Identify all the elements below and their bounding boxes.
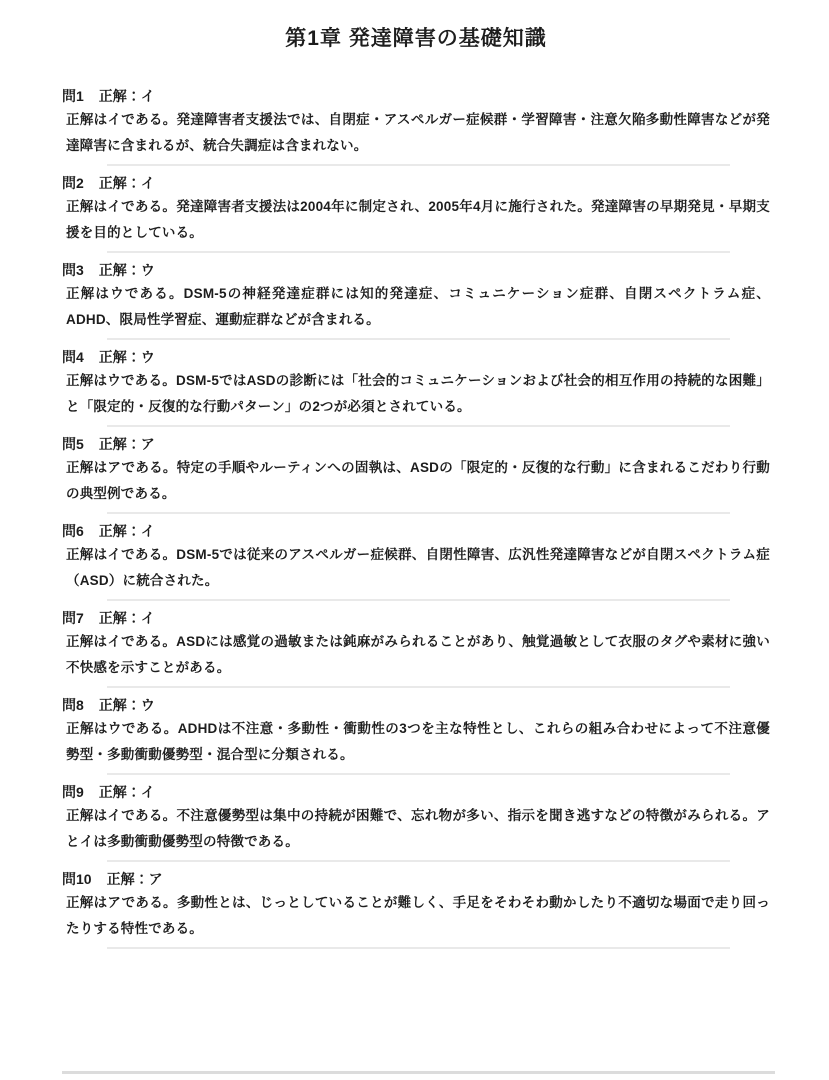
question-explanation: 正解はイである。発達障害者支援法は2004年に制定され、2005年4月に施行され… bbox=[66, 194, 770, 246]
question-answer: 正解：イ bbox=[99, 523, 155, 539]
question-explanation: 正解はイである。ASDには感覚の過敏または鈍麻がみられることがあり、触覚過敏とし… bbox=[66, 629, 770, 681]
question-explanation: 正解はウである。ADHDは不注意・多動性・衝動性の3つを主な特性とし、これらの組… bbox=[66, 716, 770, 768]
question-explanation: 正解はアである。多動性とは、じっとしていることが難しく、手足をそわそわ動かしたり… bbox=[66, 890, 770, 942]
question-answer: 正解：イ bbox=[99, 175, 155, 191]
question-number: 問2 bbox=[62, 175, 84, 191]
separator bbox=[107, 251, 730, 253]
question-block-9: 問9正解：イ 正解はイである。不注意優勢型は集中の持続が困難で、忘れ物が多い、指… bbox=[62, 784, 770, 862]
question-header: 問8正解：ウ bbox=[62, 697, 770, 713]
question-answer: 正解：イ bbox=[99, 610, 155, 626]
question-explanation: 正解はウである。DSM-5ではASDの診断には「社会的コミュニケーションおよび社… bbox=[66, 368, 770, 420]
question-number: 問7 bbox=[62, 610, 84, 626]
question-number: 問5 bbox=[62, 436, 84, 452]
question-answer: 正解：イ bbox=[99, 784, 155, 800]
separator bbox=[107, 599, 730, 601]
separator bbox=[107, 512, 730, 514]
question-header: 問5正解：ア bbox=[62, 436, 770, 452]
question-answer: 正解：ア bbox=[107, 871, 163, 887]
separator bbox=[107, 860, 730, 862]
question-header: 問3正解：ウ bbox=[62, 262, 770, 278]
separator bbox=[107, 164, 730, 166]
question-header: 問4正解：ウ bbox=[62, 349, 770, 365]
question-number: 問1 bbox=[62, 88, 84, 104]
question-block-6: 問6正解：イ 正解はイである。DSM-5では従来のアスペルガー症候群、自閉性障害… bbox=[62, 523, 770, 601]
question-header: 問2正解：イ bbox=[62, 175, 770, 191]
question-number: 問6 bbox=[62, 523, 84, 539]
question-header: 問7正解：イ bbox=[62, 610, 770, 626]
question-header: 問9正解：イ bbox=[62, 784, 770, 800]
separator bbox=[107, 947, 730, 949]
page-title: 第1章 発達障害の基礎知識 bbox=[62, 24, 770, 54]
question-block-4: 問4正解：ウ 正解はウである。DSM-5ではASDの診断には「社会的コミュニケー… bbox=[62, 349, 770, 427]
question-header: 問1正解：イ bbox=[62, 88, 770, 104]
question-answer: 正解：イ bbox=[99, 88, 155, 104]
question-number: 問9 bbox=[62, 784, 84, 800]
question-number: 問4 bbox=[62, 349, 84, 365]
question-explanation: 正解はイである。発達障害者支援法では、自閉症・アスペルガー症候群・学習障害・注意… bbox=[66, 107, 770, 159]
document-page: { "page": { "title": "第1章 発達障害の基礎知識" }, … bbox=[0, 0, 829, 1080]
question-header: 問6正解：イ bbox=[62, 523, 770, 539]
question-block-7: 問7正解：イ 正解はイである。ASDには感覚の過敏または鈍麻がみられることがあり… bbox=[62, 610, 770, 688]
question-answer: 正解：ウ bbox=[99, 262, 155, 278]
page-content: 第1章 発達障害の基礎知識 問1正解：イ 正解はイである。発達障害者支援法では、… bbox=[0, 0, 829, 949]
question-block-1: 問1正解：イ 正解はイである。発達障害者支援法では、自閉症・アスペルガー症候群・… bbox=[62, 88, 770, 166]
question-number: 問8 bbox=[62, 697, 84, 713]
question-block-10: 問10正解：ア 正解はアである。多動性とは、じっとしていることが難しく、手足をそ… bbox=[62, 871, 770, 949]
question-block-2: 問2正解：イ 正解はイである。発達障害者支援法は2004年に制定され、2005年… bbox=[62, 175, 770, 253]
separator bbox=[107, 338, 730, 340]
question-answer: 正解：ア bbox=[99, 436, 155, 452]
question-block-8: 問8正解：ウ 正解はウである。ADHDは不注意・多動性・衝動性の3つを主な特性と… bbox=[62, 697, 770, 775]
separator bbox=[107, 425, 730, 427]
question-header: 問10正解：ア bbox=[62, 871, 770, 887]
question-explanation: 正解はイである。不注意優勢型は集中の持続が困難で、忘れ物が多い、指示を聞き逃すな… bbox=[66, 803, 770, 855]
page-bottom-rule bbox=[62, 1071, 775, 1074]
question-number: 問10 bbox=[62, 871, 92, 887]
question-answer: 正解：ウ bbox=[99, 697, 155, 713]
question-block-3: 問3正解：ウ 正解はウである。DSM-5の神経発達症群には知的発達症、コミュニケ… bbox=[62, 262, 770, 340]
separator bbox=[107, 773, 730, 775]
question-explanation: 正解はウである。DSM-5の神経発達症群には知的発達症、コミュニケーション症群、… bbox=[66, 281, 770, 333]
question-number: 問3 bbox=[62, 262, 84, 278]
question-answer: 正解：ウ bbox=[99, 349, 155, 365]
question-explanation: 正解はイである。DSM-5では従来のアスペルガー症候群、自閉性障害、広汎性発達障… bbox=[66, 542, 770, 594]
separator bbox=[107, 686, 730, 688]
question-explanation: 正解はアである。特定の手順やルーティンへの固執は、ASDの「限定的・反復的な行動… bbox=[66, 455, 770, 507]
question-block-5: 問5正解：ア 正解はアである。特定の手順やルーティンへの固執は、ASDの「限定的… bbox=[62, 436, 770, 514]
